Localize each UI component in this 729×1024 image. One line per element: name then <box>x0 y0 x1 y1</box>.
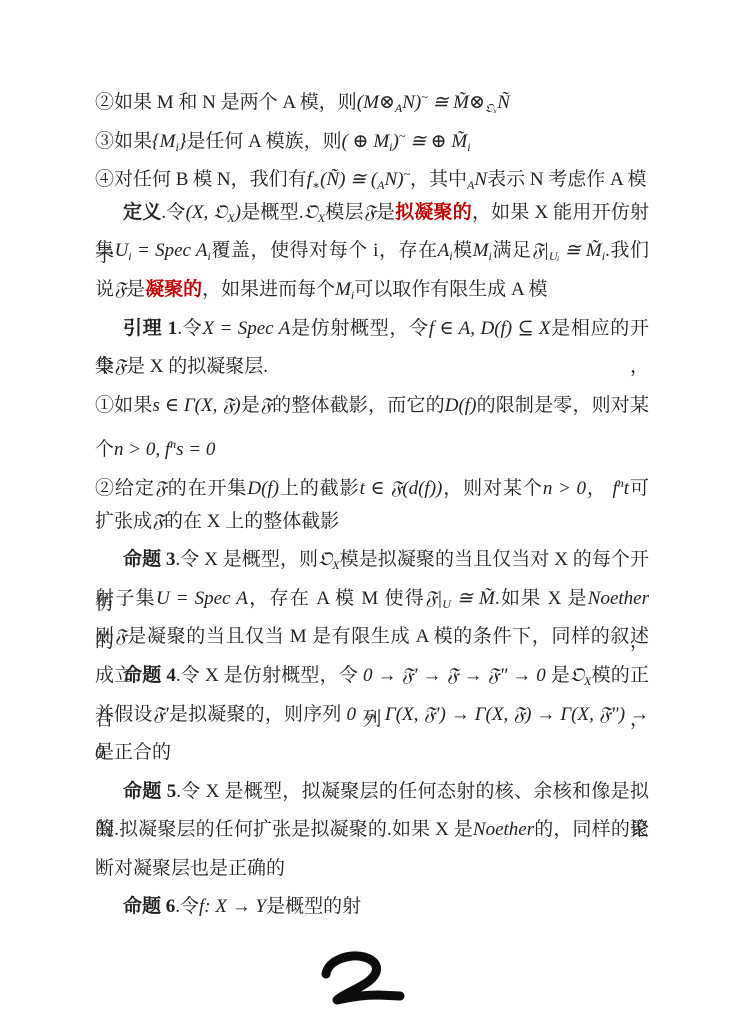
text-segment: 上的截影 <box>279 478 360 499</box>
text-segment: .令 <box>177 318 202 339</box>
paragraph-label: 引理 1 <box>123 318 177 339</box>
text-segment: 集 <box>95 240 115 261</box>
text-segment: 是 <box>126 279 145 300</box>
text-segment: n > 0, f <box>114 439 170 460</box>
text-line: 断对凝聚层也是正确的 <box>95 850 649 889</box>
text-segment: .我们 <box>605 240 649 261</box>
text-segment: 的，同样的论 <box>534 819 649 840</box>
text-line: ①如果s ∈ Γ(X, 𝔉)是𝔉的整体截影，而它的D(f)的限制是零，则对某 <box>95 387 649 426</box>
paragraph-label: 定义 <box>123 202 161 223</box>
text-segment: .如果 X 是 <box>495 588 588 609</box>
text-segment: ②如果 M 和 N 是两个 A 模，则 <box>95 92 357 113</box>
text-segment: 𝔉′ <box>153 704 169 725</box>
text-segment: 个 <box>95 439 114 460</box>
text-segment: U <box>442 597 451 611</box>
text-line: 说𝔉是凝聚的，如果进而每个Mi可以取作有限生成 A 模 <box>95 271 649 310</box>
text-segment: Noether <box>473 819 534 840</box>
text-segment: D(f) <box>247 478 279 499</box>
text-segment: ，存在 A 模 M 使得 <box>248 588 425 609</box>
text-segment: 射子集 <box>95 588 156 609</box>
paragraph-label: 命题 4 <box>123 665 176 686</box>
text-segment: ≅ M̃⊗ <box>428 92 485 113</box>
text-segment: 是正合的 <box>95 742 171 763</box>
text-segment: 𝔒ₓ <box>485 101 497 115</box>
text-segment: ≅ M̃ <box>559 240 601 261</box>
text-segment: f: X → Y <box>199 896 266 917</box>
paragraph-label: 命题 5 <box>123 781 176 802</box>
text-segment: ，如果进而每个 <box>202 279 335 300</box>
text-segment: (Ñ) ≅ ( <box>320 169 377 190</box>
text-line: 命题 3.令 X 是概型，则𝔒X模是拟凝聚的当且仅当对 X 的每个开仿 <box>95 541 649 580</box>
text-segment: 是 X 的拟凝聚层. <box>126 356 268 377</box>
text-segment: D(f) <box>445 395 477 416</box>
text-segment: 覆盖，使得对每个 i，存在 <box>211 240 438 261</box>
text-line: 的.拟凝聚层的任何扩张是拟凝聚的.如果 X 是Noether的，同样的论 <box>95 811 649 850</box>
text-segment: {M <box>152 131 175 152</box>
text-segment: n > 0 <box>543 478 586 499</box>
text-segment: X <box>332 558 339 572</box>
text-segment: .令 X 是概型，则 <box>175 549 318 570</box>
text-segment: ③如果 <box>95 131 152 152</box>
text-segment: 𝔉 <box>114 356 126 377</box>
text-segment: ， <box>586 478 613 499</box>
text-segment: 可 <box>629 478 649 499</box>
text-segment: ④对任何 B 模 N，我们有 <box>95 169 307 190</box>
text-line: ③如果{Mi}是任何 A 模族，则( ⊕ Mi)~ ≅ ⊕ M̃i <box>95 117 649 156</box>
text-segment: 是 <box>241 395 260 416</box>
text-segment: i <box>467 140 470 154</box>
text-line: 命题 5.令 X 是概型，拟凝聚层的任何态射的核、余核和像是拟凝聚 <box>95 773 649 812</box>
text-line: 定义.令(X, 𝔒X)是概型.𝔒X模层𝔉是拟凝聚的，如果 X 能用开仿射子 <box>95 194 649 233</box>
text-segment: 是仿射概型，令 <box>290 318 429 339</box>
highlighted-term: 凝聚的 <box>145 279 202 300</box>
handwritten-page-number: 2 <box>316 950 416 1014</box>
text-segment: f ∈ A, D(f) ⊆ X <box>429 318 551 339</box>
text-segment: 则 <box>95 626 115 647</box>
text-segment: .令 X 是仿射概型，令 <box>176 665 363 686</box>
text-segment: .令 <box>161 202 185 223</box>
text-line: ②如果 M 和 N 是两个 A 模，则(M⊗AN)~ ≅ M̃⊗𝔒ₓÑ <box>95 78 649 117</box>
text-line: 并假设𝔉′是拟凝聚的，则序列 0 → Γ(X, 𝔉′) → Γ(X, 𝔉) → … <box>95 696 649 735</box>
text-segment: 𝔒 <box>318 549 332 570</box>
text-segment: N) <box>385 169 404 190</box>
text-segment: X <box>227 211 234 225</box>
text-segment: 模 <box>453 240 473 261</box>
text-line: 命题 6.令f: X → Y是概型的射 <box>95 888 649 927</box>
text-segment: 模层 <box>325 202 364 223</box>
text-segment: M <box>335 279 351 300</box>
text-segment: 是 <box>376 202 395 223</box>
handwritten-2-glyph <box>316 950 416 1014</box>
text-segment: 𝔉 <box>364 202 376 223</box>
document-page: ②如果 M 和 N 是两个 A 模，则(M⊗AN)~ ≅ M̃⊗𝔒ₓÑ③如果{M… <box>0 0 729 1024</box>
text-segment: 𝔒 <box>570 665 584 686</box>
text-segment: 的.拟凝聚层的任何扩张是拟凝聚的.如果 X 是 <box>95 819 473 840</box>
document-text: ②如果 M 和 N 是两个 A 模，则(M⊗AN)~ ≅ M̃⊗𝔒ₓÑ③如果{M… <box>95 78 649 927</box>
text-segment: 可以取作有限生成 A 模 <box>354 279 547 300</box>
text-segment: M <box>473 240 489 261</box>
text-segment: .令 <box>175 896 199 917</box>
text-segment: 是概型的射 <box>266 896 361 917</box>
text-segment: N) <box>402 92 421 113</box>
text-segment: 𝔉 <box>115 626 127 647</box>
text-segment: 𝔉 <box>155 478 167 499</box>
text-line: 引理 1.令X = Spec A是仿射概型，令f ∈ A, D(f) ⊆ X是相… <box>95 310 649 349</box>
text-line: ④对任何 B 模 N，我们有f∗(Ñ) ≅ (AN)~，其中AN表示 N 考虑作… <box>95 155 649 194</box>
paragraph-label: 命题 3 <box>123 549 175 570</box>
text-segment: 是拟凝聚的，则序列 <box>169 704 347 725</box>
text-line: ②给定𝔉的在开集D(f)上的截影t ∈ 𝔉(d(f))，则对某个n > 0， f… <box>95 464 649 503</box>
text-segment: s = 0 <box>176 439 215 460</box>
text-segment: 说 <box>95 279 114 300</box>
text-segment: (M⊗ <box>357 92 395 113</box>
text-segment: ( ⊕ M <box>342 131 390 152</box>
text-segment: 𝔒 <box>304 202 318 223</box>
text-segment: s ∈ Γ(X, 𝔉) <box>153 395 241 416</box>
text-segment: 的在 X 上的整体截影 <box>164 511 339 532</box>
text-segment: 𝔉 <box>152 511 164 532</box>
text-segment: 的限制是零，则对某 <box>476 395 649 416</box>
text-segment: 𝔉 <box>114 279 126 300</box>
text-segment: 断对凝聚层也是正确的 <box>95 858 285 879</box>
text-segment: ∗ <box>312 178 320 192</box>
text-segment: ≅ ⊕ M̃ <box>405 131 467 152</box>
text-segment: 0 → 𝔉′ → 𝔉 → 𝔉″ → 0 <box>363 665 546 686</box>
text-segment: Uᵢ <box>549 249 560 263</box>
text-segment: A <box>377 178 384 192</box>
text-segment: 是任何 A 模族，则 <box>186 131 341 152</box>
text-segment: 的整体截影，而它的 <box>272 395 445 416</box>
text-segment: N <box>474 169 487 190</box>
text-segment: t ∈ 𝔉(d(f)) <box>360 478 443 499</box>
text-segment: U = Spec A <box>156 588 248 609</box>
highlighted-term: 拟凝聚的 <box>395 202 472 223</box>
text-segment: Noether <box>588 588 649 609</box>
text-segment: = Spec A <box>132 240 208 261</box>
text-segment: ②给定 <box>95 478 155 499</box>
text-segment: 并假设 <box>95 704 153 725</box>
text-segment: 表示 N 考虑作 A 模 <box>487 169 646 190</box>
text-segment: 令 <box>95 356 114 377</box>
text-line: 命题 4.令 X 是仿射概型，令 0 → 𝔉′ → 𝔉 → 𝔉″ → 0 是𝔒X… <box>95 657 649 696</box>
text-segment: ≅ M̃ <box>451 588 495 609</box>
text-line: 扩张成𝔉的在 X 上的整体截影 <box>95 503 649 542</box>
text-segment: 满足 <box>492 240 532 261</box>
text-segment: U <box>115 240 129 261</box>
text-line: 个n > 0, fns = 0 <box>95 425 649 464</box>
text-segment: ，则对某个 <box>442 478 542 499</box>
text-line: 集Ui = Spec Ai覆盖，使得对每个 i，存在Ai模Mi满足𝔉|Uᵢ ≅ … <box>95 232 649 271</box>
text-segment: 是概型. <box>241 202 304 223</box>
text-segment: 的在开集 <box>167 478 248 499</box>
text-segment: (X, 𝔒 <box>186 202 228 223</box>
text-segment: X <box>318 211 325 225</box>
text-segment: 是 <box>546 665 570 686</box>
text-line: 射子集U = Spec A，存在 A 模 M 使得𝔉|U ≅ M̃.如果 X 是… <box>95 580 649 619</box>
text-segment: 扩张成 <box>95 511 152 532</box>
text-line: 则𝔉是凝聚的当且仅当 M 是有限生成 A 模的条件下，同样的叙述成立 <box>95 618 649 657</box>
text-segment: X = Spec A <box>202 318 290 339</box>
text-segment: Ñ <box>497 92 510 113</box>
text-segment: ，其中 <box>410 169 467 190</box>
text-segment: 𝔉| <box>532 240 549 261</box>
paragraph-label: 命题 6 <box>123 896 175 917</box>
text-segment: 𝔉 <box>260 395 272 416</box>
text-segment: 𝔉| <box>425 588 442 609</box>
text-segment: A <box>438 240 450 261</box>
text-segment: ①如果 <box>95 395 153 416</box>
text-line: 是正合的 <box>95 734 649 773</box>
